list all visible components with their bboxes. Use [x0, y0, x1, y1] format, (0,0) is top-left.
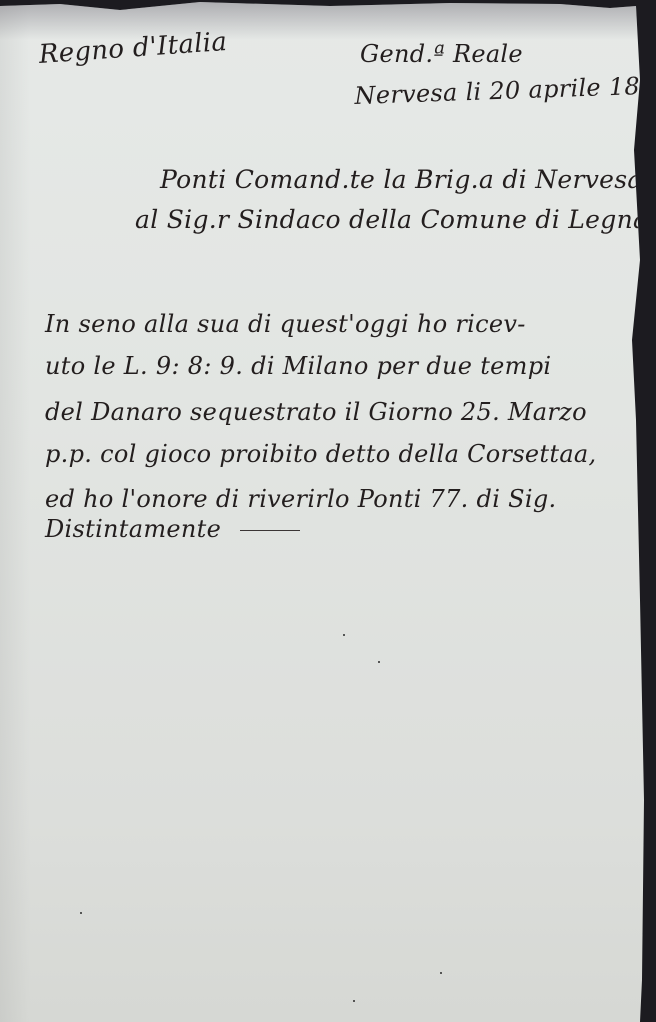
paper-speck — [378, 661, 380, 663]
document-scan: Regno d'Italia Gend.ª Reale Nervesa li 2… — [0, 0, 656, 1022]
body-line-2: uto le L. 9: 8: 9. di Milano per due tem… — [45, 352, 551, 380]
subject-line-1: Ponti Comand.te la Brig.a di Nervesa — [160, 165, 643, 194]
dateline: Nervesa li 20 aprile 1810 — [354, 71, 656, 110]
paper-speck — [80, 912, 82, 914]
subject-line-2: al Sig.r Sindaco della Comune di Legnaro — [135, 205, 656, 234]
body-line-5: ed ho l'onore di riverirlo Ponti 77. di … — [45, 485, 556, 513]
body-line-1: In seno alla sua di quest'oggi ho ricev- — [45, 310, 526, 338]
paper-speck — [440, 972, 442, 974]
header-gendarmerie: Gend.ª Reale — [360, 40, 523, 68]
header-kingdom: Regno d'Italia — [38, 27, 228, 70]
paper-speck — [353, 1000, 355, 1002]
body-line-4: p.p. col gioco proibito detto della Cors… — [45, 440, 596, 468]
paper-sheet: Regno d'Italia Gend.ª Reale Nervesa li 2… — [0, 0, 644, 1022]
paper-speck — [343, 634, 345, 636]
body-line-6: Distintamente — [45, 515, 221, 543]
closing-dash — [240, 530, 300, 531]
body-line-3: del Danaro sequestrato il Giorno 25. Mar… — [45, 398, 587, 426]
